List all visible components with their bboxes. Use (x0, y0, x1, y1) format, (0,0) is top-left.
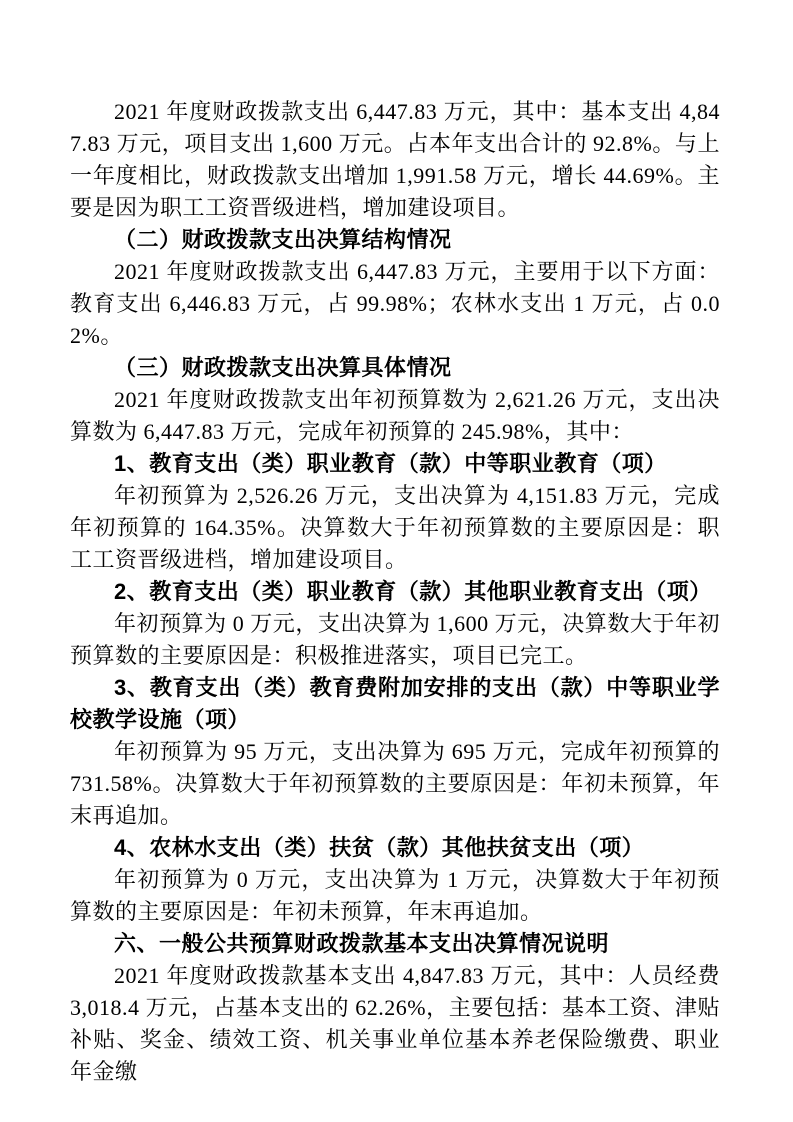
para-item-2-detail: 年初预算为 0 万元，支出决算为 1,600 万元，决算数大于年初预算数的主要原… (70, 608, 720, 672)
para-fiscal-expenditure-overview: 2021 年度财政拨款支出 6,447.83 万元，其中：基本支出 4,847.… (70, 96, 720, 224)
heading-item-1-secondary-vocational-education: 1、教育支出（类）职业教育（款）中等职业教育（项） (70, 448, 720, 480)
para-item-1-detail: 年初预算为 2,526.26 万元，支出决算为 4,151.83 万元，完成年初… (70, 480, 720, 576)
para-basic-expenditure-detail: 2021 年度财政拨款基本支出 4,847.83 万元，其中：人员经费 3,01… (70, 960, 720, 1088)
heading-item-3-education-surcharge-facilities: 3、教育支出（类）教育费附加安排的支出（款）中等职业学校教学设施（项） (70, 672, 720, 736)
para-expenditure-structure: 2021 年度财政拨款支出 6,447.83 万元，主要用于以下方面：教育支出 … (70, 256, 720, 352)
document-body: 2021 年度财政拨款支出 6,447.83 万元，其中：基本支出 4,847.… (70, 96, 720, 1088)
heading-item-4-poverty-alleviation: 4、农林水支出（类）扶贫（款）其他扶贫支出（项） (70, 832, 720, 864)
para-expenditure-details-intro: 2021 年度财政拨款支出年初预算数为 2,621.26 万元，支出决算数为 6… (70, 384, 720, 448)
heading-item-2-other-vocational-education: 2、教育支出（类）职业教育（款）其他职业教育支出（项） (70, 576, 720, 608)
para-item-4-detail: 年初预算为 0 万元，支出决算为 1 万元，决算数大于年初预算数的主要原因是：年… (70, 864, 720, 928)
heading-expenditure-structure-section: （二）财政拨款支出决算结构情况 (70, 224, 720, 256)
heading-section-6-basic-expenditure-explanation: 六、一般公共预算财政拨款基本支出决算情况说明 (70, 928, 720, 960)
document-page: 2021 年度财政拨款支出 6,447.83 万元，其中：基本支出 4,847.… (0, 0, 793, 1122)
heading-expenditure-details-section: （三）财政拨款支出决算具体情况 (70, 352, 720, 384)
para-item-3-detail: 年初预算为 95 万元，支出决算为 695 万元，完成年初预算的 731.58%… (70, 736, 720, 832)
